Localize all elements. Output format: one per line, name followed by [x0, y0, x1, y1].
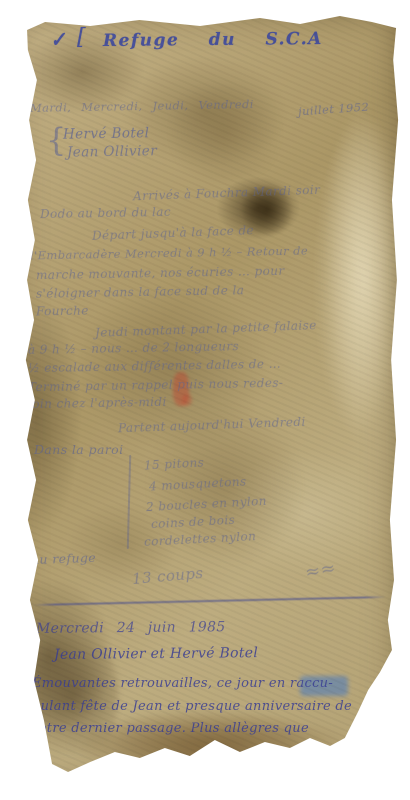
title-checkmark-icon: ✓ — [49, 28, 69, 52]
red-pencil-mark-small — [182, 394, 192, 406]
gear-item: coins de bois — [151, 513, 236, 531]
date-1952: juillet 1952 — [298, 100, 370, 119]
name-herve-botel: Hervé Botel — [63, 125, 150, 143]
gear-item: 2 boucles en nylon — [146, 494, 267, 514]
page-title: Refuge du S.C.A — [103, 29, 323, 51]
body-line: Terminé par un rappel puis nous redes- — [28, 376, 284, 394]
name-jean-ollivier: Jean Ollivier — [67, 143, 157, 161]
body-line: Fourche — [36, 304, 89, 319]
photo-background: ✓ [ Refuge du S.C.A Mardi, Mercredi, Jeu… — [0, 0, 410, 800]
body-line: Départ jusqu'à la face de — [92, 223, 254, 243]
date-1985: Mercredi 24 juin 1985 — [36, 619, 226, 637]
stain-blob-bottomleft — [28, 620, 118, 770]
title-bracket: [ — [77, 25, 87, 50]
body-line: ½ escalade aux différentes dalles de … — [28, 357, 281, 375]
body-line: Arrivés à Fouchra Mardi soir — [133, 183, 321, 204]
gear-title: Dans la paroi — [34, 442, 124, 457]
body-1985-line: notre dernier passage. Plus allègres que — [30, 721, 309, 736]
marginal-mark: a — [22, 136, 30, 150]
body-line: marche mouvante, nos écuries … pour — [36, 264, 285, 282]
gear-item: cordelettes nylon — [144, 529, 257, 549]
ink-divider-line — [34, 596, 386, 606]
tally-line: 13 coups — [131, 564, 204, 588]
gear-brace-line — [127, 455, 131, 549]
stain-light-right — [325, 110, 395, 430]
gear-item: 4 mousquetons — [149, 474, 247, 493]
body-line: Partent aujourd'hui Vendredi — [118, 415, 306, 436]
body-line: l'Embarcadère Mercredi à 9 h ½ – Retour … — [30, 244, 308, 263]
names-1985: Jean Ollivier et Hervé Botel — [54, 645, 258, 663]
body-line: Jeudi montant par la petite falaise — [95, 318, 317, 340]
refuge-line: Au refuge — [30, 550, 97, 567]
tally-paraph: ≈≈ — [303, 557, 337, 583]
body-1985-line: Émouvantes retrouvailles, ce jour en rac… — [32, 676, 333, 691]
body-line: à 9 h ½ – nous … de 2 longueurs — [28, 339, 239, 357]
body-line: Dodo au bord du lac — [40, 205, 171, 221]
body-line: s'éloigner dans la face sud de la — [36, 283, 244, 301]
gear-item: 15 pitons — [144, 455, 205, 472]
body-1985-line: mulant fête de Jean et presque anniversa… — [28, 699, 352, 714]
paper-note: ✓ [ Refuge du S.C.A Mardi, Mercredi, Jeu… — [0, 0, 410, 800]
body-line: loin chez l'après-midi — [28, 395, 167, 411]
days-line: Mardi, Mercredi, Jeudi, Vendredi — [30, 97, 254, 115]
